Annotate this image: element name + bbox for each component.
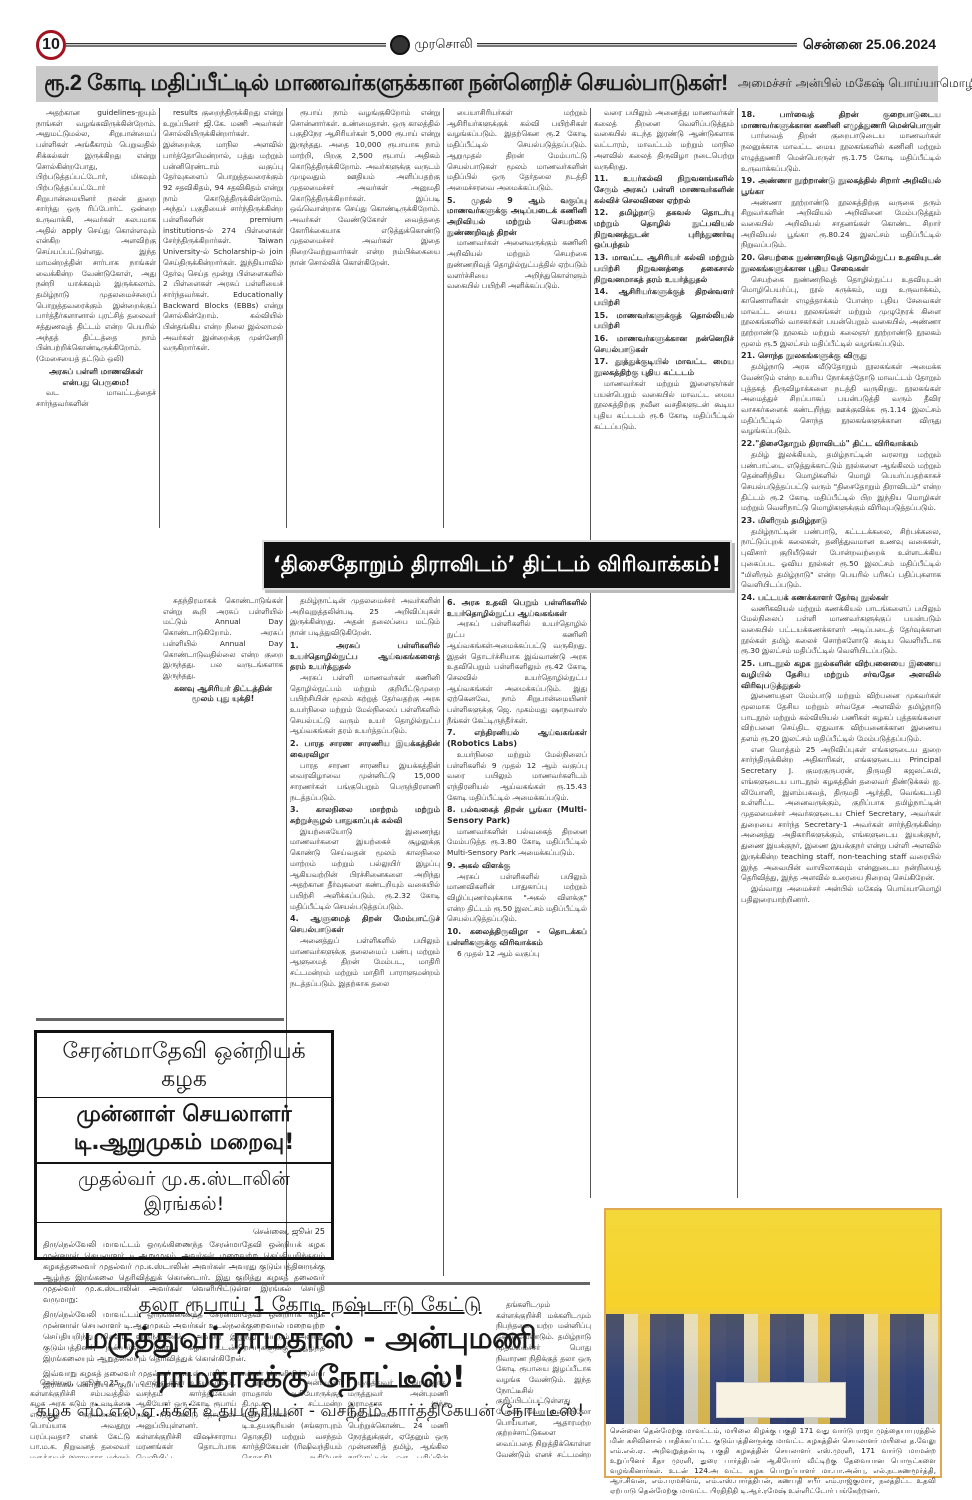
item-15-head: 15. மாணவர்களுக்குத் தொல்லியல் பயிற்சி [594,311,734,332]
announcement-item: 18. பார்வைத் திறன் குறைபாடுடைய மாணவர்களு… [741,110,941,174]
item-17-head: 17. தூத்துக்குடியில் மாவட்ட மைய நூலகத்தி… [594,357,734,378]
item-head: 19. அண்ணா நூற்றாண்டு நூலகத்தில் சிறார் அ… [741,176,941,197]
item-head: 22."திசைதோறும் திராவிடம்" திட்ட விரிவாக்… [741,439,941,450]
column-rule [443,108,444,528]
announcement-item: 19. அண்ணா நூற்றாண்டு நூலகத்தில் சிறார் அ… [741,176,941,251]
notice-column-4: மருத்துவர் இராமதாசு, மருத்துவர் அன்புமணி… [348,1378,448,1458]
item-body: செயற்கை நுண்ணறிவுத் தொழில்நுட்ப உதவியுடன… [741,275,941,350]
item-11-head: 11. உயர்கல்வி நிறுவனங்களில் சேரும் அரசுப… [594,174,734,206]
announcement-item: 24. பட்டயக் கணக்காளர் தேர்வு நூல்கள்வணிக… [741,593,941,657]
lead-col5-text: வரை பயிலும் அனைத்து மாணவர்கள் கலைத் திறன… [594,108,734,172]
announcement-item: 21. சொந்த நூலகங்களுக்கு விருதுதமிழ்நாடு … [741,351,941,437]
column-rule [737,108,738,1198]
notice-column-2: எல்.ஏ.க்கள் உதயசூரியன், வசந்தம் கார்த்தி… [136,1378,236,1458]
column-rule [590,108,591,1198]
announcement-item: 10. கலைத்திருவிழா - தொடக்கப் பள்ளிகளுக்க… [447,927,587,959]
closing-paragraph: என மொத்தம் 25 அறிவிப்புகள் எங்களுடைய துற… [741,745,941,884]
item-5-head: 5. முதல் 9 ஆம் வகுப்பு மாணவர்களுக்கு அடி… [447,196,587,239]
announcement-item: 23. மிளிரும் தமிழ்நாடுதமிழ்நாட்டின் பண்ப… [741,516,941,591]
lion-emblem-icon [390,35,410,55]
section-divider [36,1018,284,1021]
photo-desk [716,1382,846,1418]
item-body: என மொத்தம் 25 அறிவிப்புகள் எங்களுடைய துற… [741,745,941,884]
announcement-item: 7. எந்திரனியல் ஆய்வகங்கள் (Robotics Labs… [447,728,587,803]
item-body: பார்வைத் திறன் குறைபாடுடைய மாணவர்கள் நலன… [741,131,941,174]
logo: முரசொலி [390,35,473,55]
lead-column-5: வரை பயிலும் அனைத்து மாணவர்கள் கலைத் திறன… [594,108,734,1198]
item-13-head: 13. மாவட்ட ஆசிரியர் கல்வி மற்றும் பயிற்ச… [594,253,734,285]
notice-col5-text: தங்களிடமும் கள்ளக்குறிச்சி மக்களிடமும் ந… [496,1300,591,1460]
obituary-dateline: சென்னை, ஜூன் 25 [37,1223,331,1237]
notice-col1-text: சென்னை, ஜூன் 25 - கள்ளக்குறிச்சி சம்பவத்… [30,1378,130,1458]
announcement-item: 8. பல்வகைத் திறன் பூங்கா (Multi-Sensory … [447,805,587,859]
photo-caption: சென்னை தென்மேற்கு மாவட்டம், மயிலை கிழக்க… [604,1424,942,1478]
notice-col4-text: மருத்துவர் இராமதாசு, மருத்துவர் அன்புமணி… [348,1378,448,1458]
lead-col1-tail: வட மாவட்டத்தைச் சார்ந்தவர்களின் [36,388,156,409]
item-head: 7. எந்திரனியல் ஆய்வகங்கள் (Robotics Labs… [447,728,587,749]
mid-intro: தமிழ்நாட்டின் முதலமைச்சர் அவர்களின் அறிவ… [290,596,440,639]
paper-name: முரசொலி [414,37,473,53]
item-head: 8. பல்வகைத் திறன் பூங்கா (Multi-Sensory … [447,805,587,826]
dateline: சென்னை 25.06.2024 [803,36,936,55]
item-head: 18. பார்வைத் திறன் குறைபாடுடைய மாணவர்களு… [741,110,941,131]
mid-col2-subhead: கனவு ஆசிரியர் திட்டத்தின் மூலம் புது யுக… [163,684,283,705]
mid-column-4: 6. அரசு உதவி பெறும் பள்ளிகளில் உயர்தொழில… [447,596,587,1276]
announcement-item: 9. அகல் விளக்குஅரசுப் பள்ளிகளில் பயிலும்… [447,861,587,925]
item-head: 1. அரசுப் பள்ளிகளில் உயர்தொழில்நுட்ப ஆய்… [290,641,440,673]
item-body: தமிழ் இலக்கியம், தமிழ்நாட்டின் வரலாறு மற… [741,450,941,514]
item-head: 10. கலைத்திருவிழா - தொடக்கப் பள்ளிகளுக்க… [447,927,587,948]
item-body: அண்ணா நூற்றாண்டு நூலகத்திற்கு வருகை தரும… [741,198,941,252]
closing-line: இவ்வாறு அமைச்சர் அன்பில் மகேஷ் பொய்யாமொழ… [741,884,941,905]
obituary-subhead: முதல்வர் மு.க.ஸ்டாலின் இரங்கல்! [37,1164,331,1223]
notice-col3-text: துவர் அன்புமணி ராமதாஸ் ஆகியோருக்குத் தி.… [242,1378,342,1458]
item-head: 3. காலநிலை மாற்றம் மற்றும் சுற்றுச்சூழல்… [290,805,440,826]
notice-col2-text: எல்.ஏ.க்கள் உதயசூரியன், வசந்தம் கார்த்தி… [136,1378,236,1458]
mid-col2-text: சுதந்திரமாகக் கொண்டாடுங்கள் என்று கூறி அ… [163,596,283,682]
notice-column-5: தங்களிடமும் கள்ளக்குறிச்சி மக்களிடமும் ந… [496,1300,591,1460]
announcement-item: 1. அரசுப் பள்ளிகளில் உயர்தொழில்நுட்ப ஆய்… [290,641,440,737]
item-body: வணிகவியல் மற்றும் கணக்கியல் பாடங்களைப் ப… [741,604,941,658]
item-body: இணையதள மேம்பாடு மற்றும் விற்பனை முகவர்கள… [741,691,941,745]
item-body: உயர்நிலை மற்றும் மேல்நிலைப் பள்ளிகளில் 9… [447,750,587,804]
announcement-item: 22."திசைதோறும் திராவிடம்" திட்ட விரிவாக்… [741,439,941,514]
item-body: தமிழ்நாட்டின் பண்பாடு, கட்டடக்கலை, சிற்ப… [741,527,941,591]
item-16-head: 16. மாணவர்களுக்கான நன்னெறிச் செயல்பாடுகள… [594,334,734,355]
announcement-item: 2. பாரத சாரண சாரணிய இயக்கத்தின் வைரவிழாப… [290,739,440,803]
masthead-rule [66,43,386,47]
item-head: 4. ஆளுமைத் திறன் மேம்பாட்டுச் செயல்பாடுக… [290,914,440,935]
item-head: 24. பட்டயக் கணக்காளர் தேர்வு நூல்கள் [741,593,941,604]
section-divider [34,1282,590,1285]
item-head: 20. செயற்கை நுண்ணறிவுத் தொழில்நுட்ப உதவி… [741,253,941,274]
announcement-item: 4. ஆளுமைத் திறன் மேம்பாட்டுச் செயல்பாடுக… [290,914,440,989]
item-body: அரசுப் பள்ளிகளில் பயிலும் மாணவிகளின் பாத… [447,872,587,926]
lead-col3-text: ரூபாய் நாம் வழங்குகிறோம் என்று சொன்னார்க… [290,108,440,269]
lead-headline-band: ரூ.2 கோடி மதிப்பீட்டில் மாணவர்களுக்கான ந… [36,66,938,102]
item-17-body: மாணவர்கள் மற்றும் இளைஞர்கள் பயன்பெறும் வ… [594,379,734,433]
announcement-item: 20. செயற்கை நுண்ணறிவுத் தொழில்நுட்ப உதவி… [741,253,941,349]
item-body: இவ்வாறு அமைச்சர் அன்பில் மகேஷ் பொய்யாமொழ… [741,884,941,905]
obituary-box: சேரன்மாதேவி ஒன்றியக் கழக முன்னாள் செயலாள… [34,1030,334,1260]
masthead-rule [477,43,797,47]
section-banner: ‘திசைதோறும் திராவிடம்’ திட்டம் விரிவாக்க… [262,540,732,590]
obituary-headline: முன்னாள் செயலாளர் டி.ஆறுமுகம் மறைவு! [37,1098,331,1164]
lead-column-3: ரூபாய் நாம் வழங்குகிறோம் என்று சொன்னார்க… [290,108,440,533]
lead-col1-subhead: அரசுப் பள்ளி மாணவிகள் என்பது பெருமை! [36,367,156,388]
item-5-body: மாணவர்கள் அனைவருக்கும் கணினி அறிவியல் மற… [447,238,587,292]
lead-subline: அமைச்சர் அன்பில் மகேஷ் பொய்யாமொழி பதிலுர… [738,76,972,92]
item-head: 21. சொந்த நூலகங்களுக்கு விருது [741,351,941,362]
item-head: 23. மிளிரும் தமிழ்நாடு [741,516,941,527]
item-body: இயற்கையோடு இணைந்து மாணவர்களை இயற்கைச் சூ… [290,827,440,913]
lead-col4-text: பையாசிரியர்கள் மற்றும் ஆசிரியர்களுக்குக்… [447,108,587,194]
item-body: அரசுப் பள்ளி மாணவர்கள் கணினி தொழில்நுட்ப… [290,673,440,737]
lead-column-1: அதற்கான guidelines-ஐயும் நாங்கள் வழங்கவி… [36,108,156,1013]
page-number: 10 [36,30,66,60]
notice-column-3: துவர் அன்புமணி ராமதாஸ் ஆகியோருக்குத் தி.… [242,1378,342,1458]
lead-col1-text: அதற்கான guidelines-ஐயும் நாங்கள் வழங்கவி… [36,108,156,365]
lead-col2-text: results குறைந்திருக்கிறது என்று உறுப்பின… [163,108,283,354]
item-body: அனைத்துப் பள்ளிகளில் பயிலும் மாணவர்களுக்… [290,936,440,990]
item-body: மாணவர்களின் பல்வகைத் திறனை மேம்படுத்த ரூ… [447,827,587,859]
item-body: 6 முதல் 12 ஆம் வகுப்பு [447,949,587,960]
item-head: 6. அரசு உதவி பெறும் பள்ளிகளில் உயர்தொழில… [447,598,587,619]
item-head: 9. அகல் விளக்கு [447,861,587,872]
item-body: தமிழ்நாடு அரசு வீடுதோறும் நூலகங்கள் அமைக… [741,362,941,437]
item-head: 2. பாரத சாரண சாரணிய இயக்கத்தின் வைரவிழா [290,739,440,760]
announcement-item: 25. பாடநூல் கழக நூல்களின் விற்பனையை இணைய… [741,659,941,745]
column-rule [443,596,444,1276]
mid-column-2: சுதந்திரமாகக் கொண்டாடுங்கள் என்று கூறி அ… [163,596,283,1016]
obituary-line1: சேரன்மாதேவி ஒன்றியக் கழக [37,1033,331,1098]
lead-column-4: பையாசிரியர்கள் மற்றும் ஆசிரியர்களுக்குக்… [447,108,587,533]
lead-headline: ரூ.2 கோடி மதிப்பீட்டில் மாணவர்களுக்கான ந… [44,70,728,99]
item-head: 25. பாடநூல் கழக நூல்களின் விற்பனையை இணைய… [741,659,941,691]
announcement-item: 3. காலநிலை மாற்றம் மற்றும் சுற்றுச்சூழல்… [290,805,440,912]
column-rule [286,108,287,528]
lead-column-6: 18. பார்வைத் திறன் குறைபாடுடைய மாணவர்களு… [741,108,941,1198]
item-12-head: 12. தமிழ்நாடு தகவல் தொடர்பு மற்றும் தொழி… [594,208,734,251]
item-body: பாரத சாரண சாரணிய இயக்கத்தின் வைரவிழாவை ம… [290,761,440,804]
lead-column-2: results குறைந்திருக்கிறது என்று உறுப்பின… [163,108,283,533]
announcement-item: 6. அரசு உதவி பெறும் பள்ளிகளில் உயர்தொழில… [447,598,587,726]
item-body: அரசுப் பள்ளிகளில் உயர்தொழில் நுட்ப கணினி… [447,619,587,726]
news-photo [604,1208,942,1426]
masthead: 10 முரசொலி சென்னை 25.06.2024 [36,30,936,60]
column-rule [159,108,160,528]
notice-column-1: சென்னை, ஜூன் 25 - கள்ளக்குறிச்சி சம்பவத்… [30,1378,130,1458]
item-14-head: 14. ஆசிரியர்களுக்குத் திறன்வளர் பயிற்சி [594,287,734,308]
